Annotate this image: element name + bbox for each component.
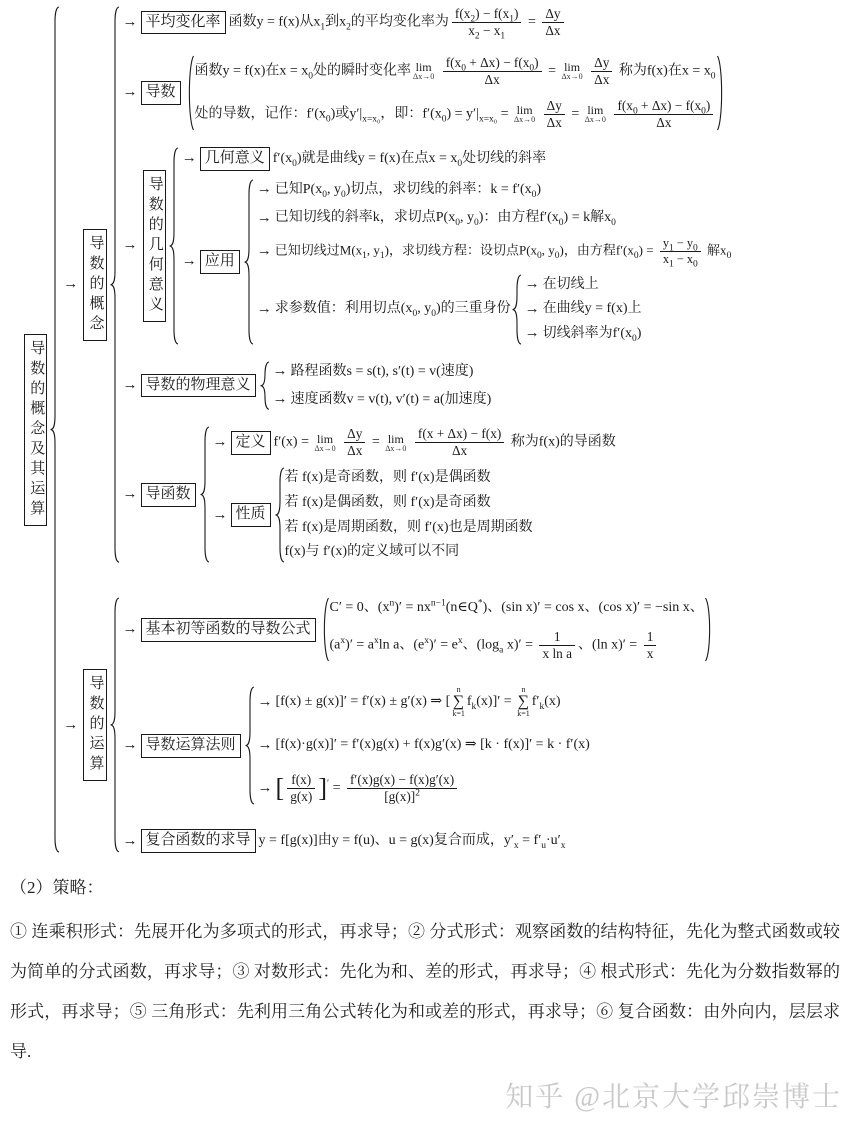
formula-rule-quotient: [f(x)g(x)]′ = f′(x)g(x) − f(x)g′(x)[g(x)… <box>276 772 461 805</box>
label-average-rate: 平均变化率 <box>141 11 226 35</box>
paren-left-icon <box>319 597 330 662</box>
node-physical-meaning: → 导数的物理意义 → 路程函数s = s(t), s′(t) = v(速度) … <box>120 361 732 410</box>
properties-children: 若 f(x)是奇函数，则 f′(x)是偶函数 若 f(x)是偶函数，则 f′(x… <box>285 467 533 563</box>
operation-node-label: 导数的运算 <box>83 669 106 781</box>
formula-rule-product: [f(x)·g(x)]′ = f′(x)g(x) + f(x)g′(x) ⇒ [… <box>276 734 590 756</box>
formula-rule-sum: [f(x) ± g(x)]′ = f′(x) ± g′(x) ⇒ [n∑k=1f… <box>276 686 561 718</box>
formula-basic-line2: (ax)′ = axln a、(ex)′ = ex、(loga x)′ = 1x… <box>330 629 704 662</box>
label-dfunc-definition: 定义 <box>231 431 271 455</box>
paren-left-icon <box>184 55 195 131</box>
arrow-icon: → <box>120 737 141 754</box>
formula-identity2: 在曲线y = f(x)上 <box>543 298 642 320</box>
identity-children: → 在切线上 → 在曲线y = f(x)上 <box>522 274 642 345</box>
basic-formula-lines: C′ = 0、(xn)′ = nxn−1(n∈Q*)、(sin x)′ = co… <box>330 597 704 662</box>
arrow-icon: → <box>254 181 275 198</box>
label-basic-formulas: 基本初等函数的导数公式 <box>141 618 316 642</box>
node-application: → 应用 → 已知P(x0, y0)切点，求切线的斜率：k = f′(x0) <box>179 179 732 345</box>
node-geometric-meaning: → 导数的几何意义 → 几何意义 f′(x0)就是曲线y = f(x)在点x =… <box>120 147 732 345</box>
rule-item: → [f(x)·g(x)]′ = f′(x)g(x) + f(x)g′(x) ⇒… <box>255 734 590 756</box>
curly-brace-icon <box>243 179 254 345</box>
formula-dfunc-definition: f′(x) = limΔx→0 ΔyΔx = limΔx→0 f(x + Δx)… <box>274 426 616 459</box>
root-node-label: 导数的概念及其运算 <box>24 334 47 526</box>
arrow-icon: → <box>270 363 291 380</box>
strategy-heading: （2）策略： <box>10 873 840 898</box>
arrow-icon: → <box>254 243 275 260</box>
derivative-lines: 函数y = f(x)在x = x0处的瞬时变化率limΔx→0 f(x0 + Δ… <box>195 55 717 131</box>
curly-brace-icon <box>259 361 270 410</box>
property-line: 若 f(x)是奇函数，则 f′(x)是偶函数 <box>285 467 533 489</box>
strategy-body: ① 连乘积形式：先展开化为多项式的形式，再求导；② 分式形式：观察函数的结构特征… <box>10 912 840 1072</box>
concept-children: → 平均变化率 函数y = f(x)从x1到x2的平均变化率为f(x2) − f… <box>120 6 732 563</box>
arrow-icon: → <box>179 150 200 167</box>
formula-derivative-line2: 处的导数，记作：f′(x0)或y′|x=x₀，即：f′(x0) = y′|x=x… <box>195 98 717 131</box>
curly-brace-icon <box>511 274 522 345</box>
property-line: 若 f(x)是周期函数，则 f′(x)也是周期函数 <box>285 517 533 539</box>
arrow-icon: → <box>522 325 543 342</box>
physical-children: → 路程函数s = s(t), s′(t) = v(速度) → 速度函数v = … <box>270 361 492 410</box>
formula-app-item2: 已知切线的斜率k，求切点P(x0, y0)：由方程f′(x0) = k解x0 <box>275 207 616 229</box>
formula-average-rate: 函数y = f(x)从x1到x2的平均变化率为f(x2) − f(x1)x2 −… <box>229 6 567 39</box>
formula-app-item1: 已知P(x0, y0)切点，求切线的斜率：k = f′(x0) <box>275 179 541 201</box>
node-basic-formulas: → 基本初等函数的导数公式 C′ = 0、(xn)′ = nxn−1(n∈Q*)… <box>120 597 715 662</box>
concept-node-label: 导数的概念 <box>83 229 106 341</box>
curly-brace-icon <box>109 6 120 563</box>
derived-function-children: → 定义 f′(x) = limΔx→0 ΔyΔx = limΔx→0 f(x … <box>210 426 616 563</box>
application-item: → 已知切线的斜率k，求切点P(x0, y0)：由方程f′(x0) = k解x0 <box>254 207 732 229</box>
arrow-icon: → <box>255 780 276 797</box>
node-average-rate: → 平均变化率 函数y = f(x)从x1到x2的平均变化率为f(x2) − f… <box>120 6 732 39</box>
arrow-icon: → <box>60 276 81 293</box>
formula-identity3: 切线斜率为f′(x0) <box>543 323 642 345</box>
arrow-icon: → <box>120 377 141 394</box>
arrow-icon: → <box>120 486 141 503</box>
arrow-icon: → <box>60 717 81 734</box>
arrow-icon: → <box>120 84 141 101</box>
curly-brace-icon <box>274 467 285 563</box>
node-dfunc-definition: → 定义 f′(x) = limΔx→0 ΔyΔx = limΔx→0 f(x … <box>210 426 616 459</box>
label-geometric-group: 导数的几何意义 <box>143 170 166 322</box>
curly-brace-icon <box>244 686 255 805</box>
node-dfunc-properties: → 性质 若 f(x)是奇函数，则 f′(x)是偶函数 若 f(x)是偶函数，则… <box>210 467 616 563</box>
root-children: → 导数的概念 → 平均变化率 函数y = f(x)从x1到x2的平均变化率为f… <box>60 6 731 853</box>
arrow-icon: → <box>120 621 141 638</box>
label-operation-rules: 导数运算法则 <box>141 734 241 758</box>
label-dfunc-properties: 性质 <box>231 503 271 527</box>
curly-brace-icon <box>109 597 120 853</box>
paren-right-icon <box>704 597 715 662</box>
formula-physical2: 速度函数v = v(t), v′(t) = a(加速度) <box>291 389 492 411</box>
physical-item: → 路程函数s = s(t), s′(t) = v(速度) <box>270 361 492 383</box>
label-composite: 复合函数的求导 <box>141 829 256 853</box>
label-application: 应用 <box>200 250 240 274</box>
application-item-parameters: → 求参数值：利用切点(x0, y0)的三重身份 → 在切线上 <box>254 274 732 345</box>
property-line: f(x)与 f′(x)的定义域可以不同 <box>285 541 533 563</box>
application-item: → 已知P(x0, y0)切点，求切线的斜率：k = f′(x0) <box>254 179 732 201</box>
operation-children: → 基本初等函数的导数公式 C′ = 0、(xn)′ = nxn−1(n∈Q*)… <box>120 597 715 853</box>
formula-physical1: 路程函数s = s(t), s′(t) = v(速度) <box>291 361 474 383</box>
arrow-icon: → <box>120 833 141 850</box>
application-children: → 已知P(x0, y0)切点，求切线的斜率：k = f′(x0) → 已知切线… <box>254 179 732 345</box>
mindmap-diagram: 导数的概念及其运算 → 导数的概念 → 平均变化率 函数y = f(x)从x1到… <box>22 6 846 853</box>
physical-item: → 速度函数v = v(t), v′(t) = a(加速度) <box>270 389 492 411</box>
formula-derivative-line1: 函数y = f(x)在x = x0处的瞬时变化率limΔx→0 f(x0 + Δ… <box>195 55 717 88</box>
arrow-icon: → <box>522 301 543 318</box>
arrow-icon: → <box>210 507 231 524</box>
formula-app-item3: 已知切线过M(x1, y1)，求切线方程：设切点P(x0, y0)，由方程f′(… <box>275 236 732 267</box>
watermark: 知乎 @北京大学邱崇博士 <box>505 1075 842 1115</box>
arrow-icon: → <box>522 276 543 293</box>
arrow-icon: → <box>254 210 275 227</box>
page: 导数的概念及其运算 → 导数的概念 → 平均变化率 函数y = f(x)从x1到… <box>0 0 850 1127</box>
label-physical-meaning: 导数的物理意义 <box>141 374 256 398</box>
label-derived-function: 导函数 <box>141 483 196 507</box>
node-operation-rules: → 导数运算法则 → [f(x) ± g(x)]′ = f′(x) ± g′(x… <box>120 686 715 805</box>
arrow-icon: → <box>255 737 276 754</box>
branch-operation: → 导数的运算 → 基本初等函数的导数公式 C′ = 0、(xn)′ = nxn… <box>60 597 731 853</box>
identity-item: → 在切线上 <box>522 274 642 296</box>
arrow-icon: → <box>254 301 275 318</box>
application-item: → 已知切线过M(x1, y1)，求切线方程：设切点P(x0, y0)，由方程f… <box>254 236 732 267</box>
formula-composite: y = f[g(x)]由y = f(u)、u = g(x)复合而成，y′x = … <box>259 830 566 852</box>
formula-basic-line1: C′ = 0、(xn)′ = nxn−1(n∈Q*)、(sin x)′ = co… <box>330 597 704 619</box>
curly-brace-icon <box>49 6 60 853</box>
node-derivative: → 导数 函数y = f(x)在x = x0处的瞬时变化率limΔx→0 f(x… <box>120 55 732 131</box>
rule-item: → [f(x) ± g(x)]′ = f′(x) ± g′(x) ⇒ [n∑k=… <box>255 686 590 718</box>
curly-brace-icon <box>199 426 210 563</box>
label-geo-definition: 几何意义 <box>200 147 270 171</box>
rules-children: → [f(x) ± g(x)]′ = f′(x) ± g′(x) ⇒ [n∑k=… <box>255 686 590 805</box>
property-line: 若 f(x)是偶函数，则 f′(x)是奇函数 <box>285 492 533 514</box>
strategy-section: （2）策略： ① 连乘积形式：先展开化为多项式的形式，再求导；② 分式形式：观察… <box>10 873 846 1072</box>
node-geo-definition: → 几何意义 f′(x0)就是曲线y = f(x)在点x = x0处切线的斜率 <box>179 147 732 171</box>
arrow-icon: → <box>210 434 231 451</box>
arrow-icon: → <box>179 253 200 270</box>
formula-geo-definition: f′(x0)就是曲线y = f(x)在点x = x0处切线的斜率 <box>273 148 546 170</box>
arrow-icon: → <box>120 14 141 31</box>
arrow-icon: → <box>120 237 141 254</box>
node-composite: → 复合函数的求导 y = f[g(x)]由y = f(u)、u = g(x)复… <box>120 829 715 853</box>
rule-item: → [f(x)g(x)]′ = f′(x)g(x) − f(x)g′(x)[g(… <box>255 772 590 805</box>
branch-concept: → 导数的概念 → 平均变化率 函数y = f(x)从x1到x2的平均变化率为f… <box>60 6 731 563</box>
identity-item: → 在曲线y = f(x)上 <box>522 298 642 320</box>
formula-identity1: 在切线上 <box>543 274 599 296</box>
node-derived-function: → 导函数 → 定义 f′(x) = limΔx→0 ΔyΔx = limΔx→… <box>120 426 732 563</box>
paren-right-icon <box>716 55 727 131</box>
arrow-icon: → <box>270 391 291 408</box>
formula-app-item4: 求参数值：利用切点(x0, y0)的三重身份 <box>275 298 511 320</box>
label-derivative: 导数 <box>141 81 181 105</box>
curly-brace-icon <box>168 147 179 345</box>
identity-item: → 切线斜率为f′(x0) <box>522 323 642 345</box>
geometric-children: → 几何意义 f′(x0)就是曲线y = f(x)在点x = x0处切线的斜率 … <box>179 147 732 345</box>
tree-root-row: 导数的概念及其运算 → 导数的概念 → 平均变化率 函数y = f(x)从x1到… <box>22 6 846 853</box>
arrow-icon: → <box>255 694 276 711</box>
